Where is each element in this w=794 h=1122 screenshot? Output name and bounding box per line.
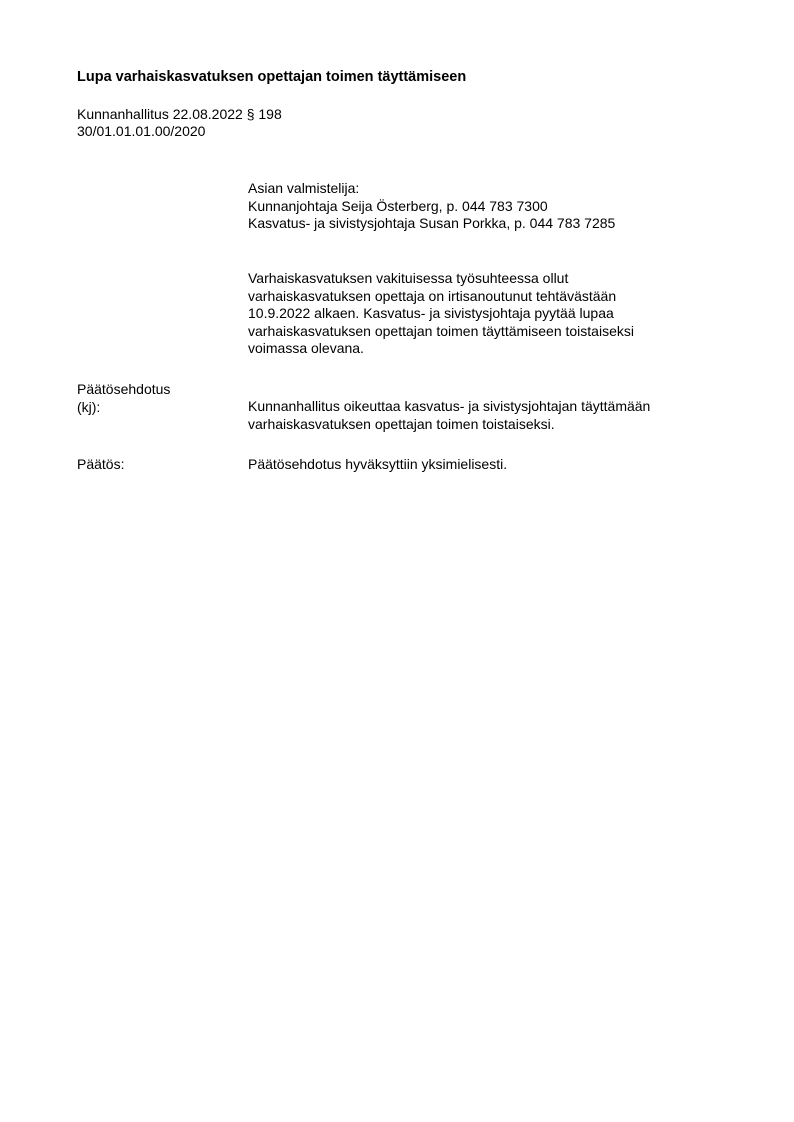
proposal-label-line: Päätösehdotus: [77, 381, 170, 399]
description-line: voimassa olevana.: [248, 340, 634, 358]
proposal-text-line: varhaiskasvatuksen opettajan toimen tois…: [248, 416, 650, 434]
preparer-line: Kunnanjohtaja Seija Österberg, p. 044 78…: [248, 198, 615, 216]
description-line: varhaiskasvatuksen opettajan toimen täyt…: [248, 323, 634, 341]
document-title: Lupa varhaiskasvatuksen opettajan toimen…: [77, 69, 466, 87]
proposal-text: Kunnanhallitus oikeuttaa kasvatus- ja si…: [248, 398, 650, 433]
proposal-label-line: (kj):: [77, 399, 170, 417]
proposal-label: Päätösehdotus (kj):: [77, 381, 170, 416]
description-block: Varhaiskasvatuksen vakituisessa työsuhte…: [248, 270, 634, 358]
description-line: 10.9.2022 alkaen. Kasvatus- ja sivistysj…: [248, 305, 634, 323]
record-id: 30/01.01.01.00/2020: [77, 123, 205, 141]
description-line: varhaiskasvatuksen opettaja on irtisanou…: [248, 288, 634, 306]
decision-text: Päätösehdotus hyväksyttiin yksimielisest…: [248, 456, 507, 474]
decision-label: Päätös:: [77, 456, 124, 474]
proposal-text-line: Kunnanhallitus oikeuttaa kasvatus- ja si…: [248, 398, 650, 416]
preparer-line: Kasvatus- ja sivistysjohtaja Susan Porkk…: [248, 215, 615, 233]
meeting-reference: Kunnanhallitus 22.08.2022 § 198: [77, 106, 282, 124]
description-line: Varhaiskasvatuksen vakituisessa työsuhte…: [248, 270, 634, 288]
preparers-block: Asian valmistelija: Kunnanjohtaja Seija …: [248, 180, 615, 233]
preparers-heading: Asian valmistelija:: [248, 180, 615, 198]
